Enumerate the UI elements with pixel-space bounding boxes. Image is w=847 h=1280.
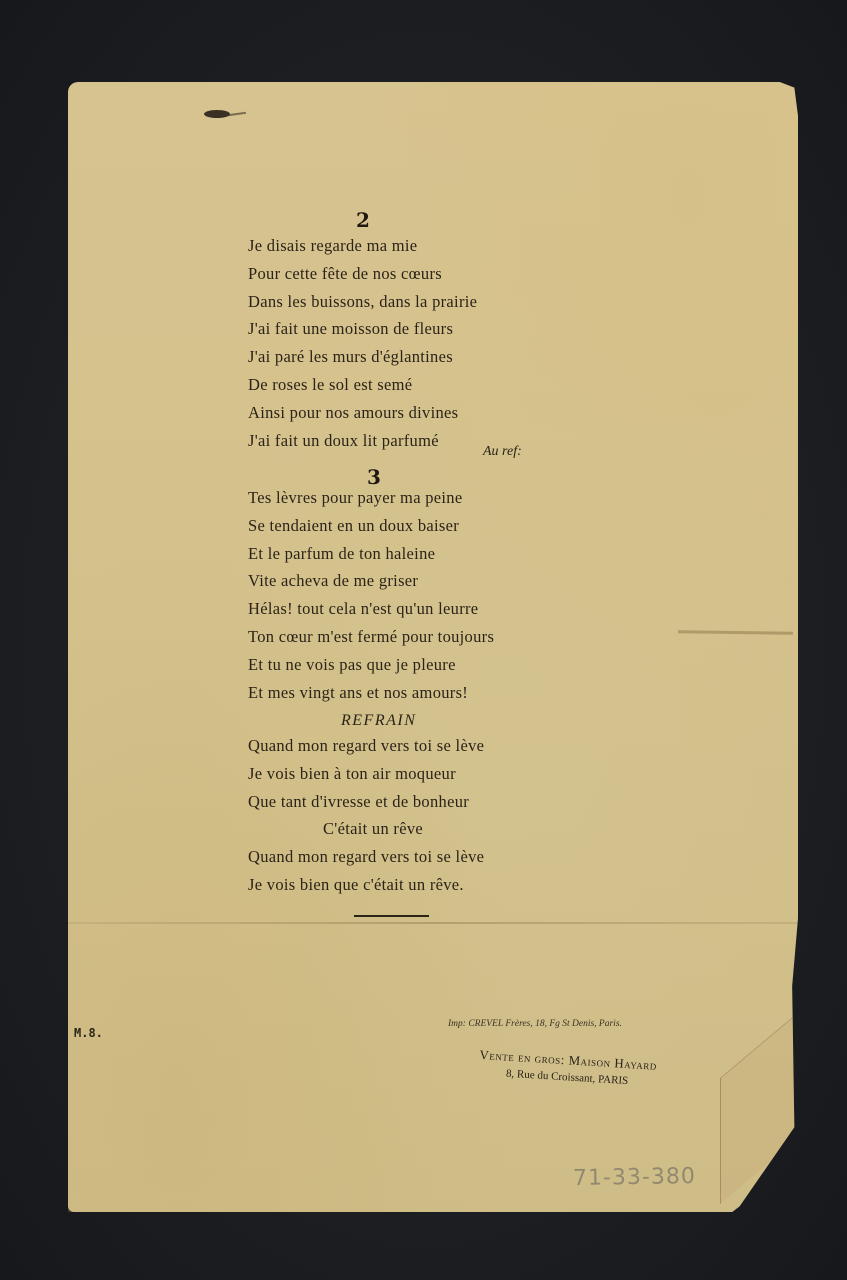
verse-line: Se tendaient en un doux baiser [248, 512, 494, 540]
verse-line: Et mes vingt ans et nos amours! [248, 679, 494, 707]
verse-line: Je disais regarde ma mie [248, 232, 477, 260]
verse-line: De roses le sol est semé [248, 371, 477, 399]
reference-mark: M.8. [74, 1026, 103, 1040]
refrain-line: Je vois bien à ton air moqueur [248, 760, 484, 788]
verse-line: Ainsi pour nos amours divines [248, 399, 477, 427]
verse-line: Ton cœur m'est fermé pour toujours [248, 623, 494, 651]
verse-line: J'ai paré les murs d'églantines [248, 343, 477, 371]
paper-sheet: 2 Je disais regarde ma mie Pour cette fê… [68, 82, 798, 1212]
verse-line: Dans les buissons, dans la prairie [248, 288, 477, 316]
verse-line: Hélas! tout cela n'est qu'un leurre [248, 595, 494, 623]
refrain-line: Je vois bien que c'était un rêve. [248, 871, 484, 899]
stanza-3-lines: Tes lèvres pour payer ma peine Se tendai… [248, 484, 494, 706]
verse-line: Et tu ne vois pas que je pleure [248, 651, 494, 679]
refrain-line: Quand mon regard vers toi se lève [248, 732, 484, 760]
publisher-stamp: Vente en gros: Maison Hayard 8, Rue du C… [478, 1047, 657, 1089]
stanza-2-lines: Je disais regarde ma mie Pour cette fête… [248, 232, 477, 454]
verse-line: J'ai fait un doux lit parfumé [248, 427, 477, 455]
refrain-cue-annotation: Au ref: [483, 444, 522, 460]
lyrics-content: 2 Je disais regarde ma mie Pour cette fê… [68, 82, 798, 1212]
pencil-catalog-number: 71-33-380 [573, 1164, 696, 1191]
printer-imprint: Imp: CREVEL Frères, 18, Fg St Denis, Par… [448, 1019, 622, 1029]
verse-line: Pour cette fête de nos cœurs [248, 260, 477, 288]
refrain-line: C'était un rêve [248, 815, 484, 843]
stanza-number-2: 2 [356, 208, 370, 232]
verse-line: Tes lèvres pour payer ma peine [248, 484, 494, 512]
refrain-line: Quand mon regard vers toi se lève [248, 843, 484, 871]
refrain-lines: Quand mon regard vers toi se lève Je voi… [248, 732, 484, 899]
closing-rule [354, 915, 429, 917]
verse-line: J'ai fait une moisson de fleurs [248, 315, 477, 343]
verse-line: Vite acheva de me griser [248, 567, 494, 595]
verse-line: Et le parfum de ton haleine [248, 540, 494, 568]
refrain-heading: REFRAIN [341, 712, 416, 730]
refrain-line: Que tant d'ivresse et de bonheur [248, 788, 484, 816]
